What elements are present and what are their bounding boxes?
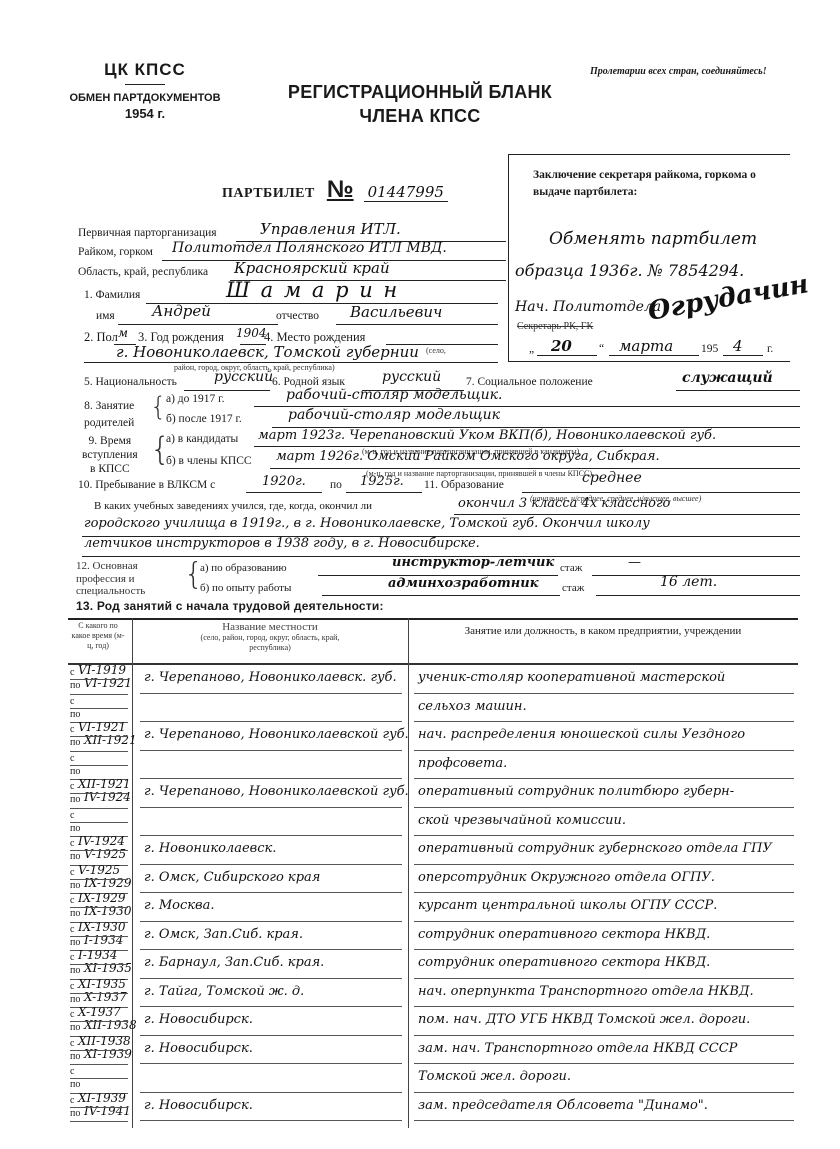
birthplace-hint: (село, bbox=[426, 346, 446, 355]
schools-label: В каких учебных заведениях учился, где, … bbox=[94, 500, 372, 512]
job-value: ской чрезвычайной комиссии. bbox=[418, 813, 626, 828]
job-value: оперативный сотрудник политбюро губерн- bbox=[418, 784, 734, 799]
education-value: среднее bbox=[582, 470, 642, 486]
schools-value-2: городского училища в 1919г., в г. Новони… bbox=[84, 516, 650, 531]
by-education-value: инструктор-летчик bbox=[392, 555, 554, 570]
candidate-value: март 1923г. Черепановский Уком ВКП(б), Н… bbox=[258, 428, 716, 443]
patronymic-label: отчество bbox=[276, 310, 319, 322]
name-label: имя bbox=[96, 310, 115, 322]
to-prefix: по bbox=[70, 851, 80, 862]
vlksm-from-value: 1920г. bbox=[262, 474, 306, 489]
job-value: профсовета. bbox=[418, 756, 507, 771]
place-value: г. Тайга, Томской ж. д. bbox=[144, 984, 304, 999]
partbilet-label: ПАРТБИЛЕТ bbox=[222, 186, 315, 201]
job-value: нач. распределения юношеской силы Уездно… bbox=[418, 727, 745, 742]
place-value: г. Новосибирск. bbox=[144, 1041, 253, 1056]
parents-before-value: рабочий-столяр модельщик. bbox=[286, 387, 502, 403]
vlksm-to-label: по bbox=[330, 479, 342, 491]
date-year-prefix: 195 bbox=[701, 343, 718, 355]
member-label: б) в члены КПСС bbox=[166, 455, 252, 467]
period-from: IX-1930 bbox=[78, 920, 125, 934]
place-value: г. Новосибирск. bbox=[144, 1098, 253, 1113]
stazh-label: стаж bbox=[560, 562, 582, 574]
place-value: г. Черепаново, Новониколаевской губ. bbox=[144, 784, 409, 799]
date-day: 20 bbox=[551, 337, 572, 355]
header-left-block: ЦК КПСС ОБМЕН ПАРТДОКУМЕНТОВ 1954 г. bbox=[60, 60, 230, 121]
place-value: г. Барнаул, Зап.Сиб. края. bbox=[144, 955, 324, 970]
sex-value: м bbox=[118, 326, 128, 340]
motto: Пролетарии всех стран, соединяйтесь! bbox=[590, 66, 767, 77]
from-prefix: с bbox=[70, 724, 74, 735]
birthplace-value: г. Новониколаевск, Томской губернии bbox=[116, 343, 419, 361]
table-row: спопрофсовета. bbox=[68, 752, 798, 781]
patronymic-value: Васильевич bbox=[350, 303, 442, 321]
org-name: ЦК КПСС bbox=[60, 60, 230, 80]
title-line-2: ЧЛЕНА КПСС bbox=[270, 104, 570, 128]
from-prefix: с bbox=[70, 867, 74, 878]
column-header-job: Занятие или должность, в каком предприят… bbox=[413, 624, 793, 638]
from-prefix: с bbox=[70, 810, 74, 821]
from-prefix: с bbox=[70, 838, 74, 849]
candidate-label: а) в кандидаты bbox=[166, 433, 238, 445]
nationality-label: 5. Национальность bbox=[84, 376, 177, 388]
job-value: сотрудник оперативного сектора НКВД. bbox=[418, 927, 710, 942]
job-value: сельхоз машин. bbox=[418, 699, 527, 714]
to-prefix: по bbox=[70, 1051, 80, 1062]
from-prefix: с bbox=[70, 1009, 74, 1020]
period-from: XII-1921 bbox=[78, 777, 131, 791]
to-prefix: по bbox=[70, 823, 80, 834]
table-row: спосельхоз машин. bbox=[68, 695, 798, 724]
parents-after-label: б) после 1917 г. bbox=[166, 413, 242, 425]
surname-value: Ш а м а р и н bbox=[226, 278, 399, 302]
birth-year-value: 1904 bbox=[236, 326, 267, 340]
schools-value-3: летчиков инструкторов в 1938 году, в г. … bbox=[84, 536, 480, 551]
primary-org-label: Первичная парторганизация bbox=[78, 227, 217, 239]
job-value: зам. председателя Облсовета "Динамо". bbox=[418, 1098, 708, 1113]
to-prefix: по bbox=[70, 1108, 80, 1119]
by-work-value: админхозработник bbox=[388, 576, 539, 591]
to-prefix: по bbox=[70, 709, 80, 720]
period-from: X-1937 bbox=[78, 1005, 121, 1019]
place-value: г. Черепаново, Новониколаевск. губ. bbox=[144, 670, 397, 685]
table-row: сXII-1921поIV-1924г. Черепаново, Новоник… bbox=[68, 780, 798, 809]
period-from: IX-1929 bbox=[78, 891, 125, 905]
to-prefix: по bbox=[70, 794, 80, 805]
to-prefix: по bbox=[70, 965, 80, 976]
conclusion-line-1: Обменять партбилет bbox=[549, 229, 757, 249]
surname-label: 1. Фамилия bbox=[84, 289, 140, 301]
raikom-value: Политотдел Полянского ИТЛ МВД. bbox=[172, 240, 447, 256]
table-row: споТомской жел. дороги. bbox=[68, 1065, 798, 1094]
from-prefix: с bbox=[70, 924, 74, 935]
table-row: сV-1925поIX-1929г. Омск, Сибирского края… bbox=[68, 866, 798, 895]
title-line-1: РЕГИСТРАЦИОННЫЙ БЛАНК bbox=[270, 80, 570, 104]
region-value: Красноярский край bbox=[234, 259, 390, 277]
from-prefix: с bbox=[70, 895, 74, 906]
vlksm-label: 10. Пребывание в ВЛКСМ с bbox=[78, 479, 215, 491]
parents-occupation-label: 8. Занятие родителей bbox=[84, 398, 134, 432]
social-status-value: служащий bbox=[682, 370, 773, 386]
by-education-label: а) по образованию bbox=[200, 562, 287, 574]
raikom-label: Райком, горком bbox=[78, 246, 153, 258]
from-prefix: с bbox=[70, 781, 74, 792]
secretary-box-heading: Заключение секретаря райкома, горкома о … bbox=[533, 167, 783, 201]
period-from: IV-1924 bbox=[78, 834, 125, 848]
partbilet-number: 01447995 bbox=[364, 183, 448, 202]
period-from: V-1925 bbox=[78, 863, 120, 877]
from-prefix: с bbox=[70, 753, 74, 764]
parents-before-label: а) до 1917 г. bbox=[166, 393, 224, 405]
from-prefix: с bbox=[70, 1038, 74, 1049]
education-label: 11. Образование bbox=[424, 479, 504, 491]
exchange-label: ОБМЕН ПАРТДОКУМЕНТОВ bbox=[60, 91, 230, 106]
date-month: марта bbox=[619, 337, 673, 355]
job-value: нач. оперпункта Транспортного отдела НКВ… bbox=[418, 984, 754, 999]
from-prefix: с bbox=[70, 1066, 74, 1077]
table-row: сVI-1921поXII-1921г. Черепаново, Новоник… bbox=[68, 723, 798, 752]
column-header-period: С какого по какое время (м-ц, год) bbox=[70, 621, 126, 651]
number-sign: № bbox=[327, 176, 354, 203]
to-prefix: по bbox=[70, 908, 80, 919]
table-row: споской чрезвычайной комиссии. bbox=[68, 809, 798, 838]
schools-value-1: окончил 3 класса 4х классного bbox=[458, 496, 670, 511]
job-value: зам. нач. Транспортного отдела НКВД СССР bbox=[418, 1041, 737, 1056]
from-prefix: с bbox=[70, 667, 74, 678]
to-prefix: по bbox=[70, 1079, 80, 1090]
job-value: оперсотрудник Окружного отдела ОГПУ. bbox=[418, 870, 715, 885]
date-year-suffix: 4 bbox=[733, 337, 743, 355]
from-prefix: с bbox=[70, 981, 74, 992]
job-value: пом. нач. ДТО УГБ НКВД Томской жел. доро… bbox=[418, 1012, 750, 1027]
place-value: г. Москва. bbox=[144, 898, 214, 913]
secretary-conclusion-box: Заключение секретаря райкома, горкома о … bbox=[508, 154, 790, 362]
job-value: курсант центральной школы ОГПУ СССР. bbox=[418, 898, 717, 913]
table-row: сVI-1919поVI-1921г. Черепаново, Новонико… bbox=[68, 666, 798, 695]
brace: { bbox=[150, 394, 167, 420]
table-row: сXI-1939поIV-1941г. Новосибирск.зам. пре… bbox=[68, 1094, 798, 1123]
from-prefix: с bbox=[70, 952, 74, 963]
period-from: XI-1935 bbox=[78, 977, 126, 991]
exchange-year: 1954 г. bbox=[60, 106, 230, 121]
period-from: XI-1939 bbox=[78, 1091, 126, 1105]
member-value: март 1926г. Омский Райком Омского округа… bbox=[276, 449, 660, 464]
by-work-stazh: 16 лет. bbox=[660, 574, 717, 590]
to-prefix: по bbox=[70, 766, 80, 777]
table-row: сXI-1935поX-1937г. Тайга, Томской ж. д.н… bbox=[68, 980, 798, 1009]
by-education-stazh: — bbox=[628, 555, 641, 570]
to-prefix: по bbox=[70, 680, 80, 691]
place-value: г. Черепаново, Новониколаевской губ. bbox=[144, 727, 409, 742]
conclusion-date: „ 20 “ марта 195 4 г. bbox=[529, 337, 785, 359]
page-title: РЕГИСТРАЦИОННЫЙ БЛАНК ЧЛЕНА КПСС bbox=[270, 80, 570, 128]
secretary-position: Нач. Политотдела bbox=[515, 299, 661, 315]
place-value: г. Новосибирск. bbox=[144, 1012, 253, 1027]
period-from: VI-1921 bbox=[78, 720, 126, 734]
from-prefix: с bbox=[70, 1095, 74, 1106]
sex-label: 2. Пол bbox=[84, 330, 118, 345]
nationality-value: русский bbox=[214, 369, 273, 385]
from-prefix: с bbox=[70, 696, 74, 707]
table-row: сXII-1938поXI-1939г. Новосибирск.зам. на… bbox=[68, 1037, 798, 1066]
to-prefix: по bbox=[70, 1022, 80, 1033]
partbilet-number-row: ПАРТБИЛЕТ № 01447995 bbox=[222, 176, 448, 204]
job-value: сотрудник оперативного сектора НКВД. bbox=[418, 955, 710, 970]
table-row: сIX-1929поIX-1930г. Москва.курсант центр… bbox=[68, 894, 798, 923]
parents-after-value: рабочий-столяр модельщик bbox=[288, 407, 500, 423]
stazh-label: стаж bbox=[562, 582, 584, 594]
by-work-label: б) по опыту работы bbox=[200, 582, 291, 594]
primary-org-value: Управления ИТЛ. bbox=[260, 220, 401, 238]
work-history-title: 13. Род занятий с начала трудовой деятел… bbox=[76, 599, 384, 613]
period-from: I-1934 bbox=[78, 948, 117, 962]
to-prefix: по bbox=[70, 937, 80, 948]
table-row: сIV-1924поV-1925г. Новониколаевск.операт… bbox=[68, 837, 798, 866]
divider bbox=[125, 84, 165, 85]
to-prefix: по bbox=[70, 880, 80, 891]
job-value: Томской жел. дороги. bbox=[418, 1069, 571, 1084]
place-value: г. Новониколаевск. bbox=[144, 841, 276, 856]
period-from: XII-1938 bbox=[78, 1034, 131, 1048]
table-row: сIX-1930поI-1934г. Омск, Зап.Сиб. края.с… bbox=[68, 923, 798, 952]
struck-secretary-label: Секретарь РК, ГК bbox=[517, 321, 593, 332]
to-prefix: по bbox=[70, 737, 80, 748]
vlksm-to-value: 1925г. bbox=[360, 474, 404, 489]
job-value: ученик-столяр кооперативной мастерской bbox=[418, 670, 725, 685]
period-from: VI-1919 bbox=[78, 663, 126, 677]
party-join-label: 9. Время вступления в КПСС bbox=[82, 434, 138, 476]
job-value: оперативный сотрудник губернского отдела… bbox=[418, 841, 772, 856]
first-name-value: Андрей bbox=[152, 302, 211, 320]
table-row: сX-1937поXII-1938г. Новосибирск.пом. нач… bbox=[68, 1008, 798, 1037]
table-row: сI-1934поXI-1935г. Барнаул, Зап.Сиб. кра… bbox=[68, 951, 798, 980]
to-prefix: по bbox=[70, 994, 80, 1005]
conclusion-line-2: образца 1936г. № 7854294. bbox=[515, 261, 744, 280]
place-value: г. Омск, Сибирского края bbox=[144, 870, 320, 885]
profession-label: 12. Основная профессия и специальность bbox=[76, 560, 145, 598]
place-value: г. Омск, Зап.Сиб. края. bbox=[144, 927, 303, 942]
column-header-place: Название местности (село, район, город, … bbox=[140, 621, 400, 653]
native-language-value: русский bbox=[382, 369, 441, 385]
region-label: Область, край, республика bbox=[78, 266, 208, 278]
